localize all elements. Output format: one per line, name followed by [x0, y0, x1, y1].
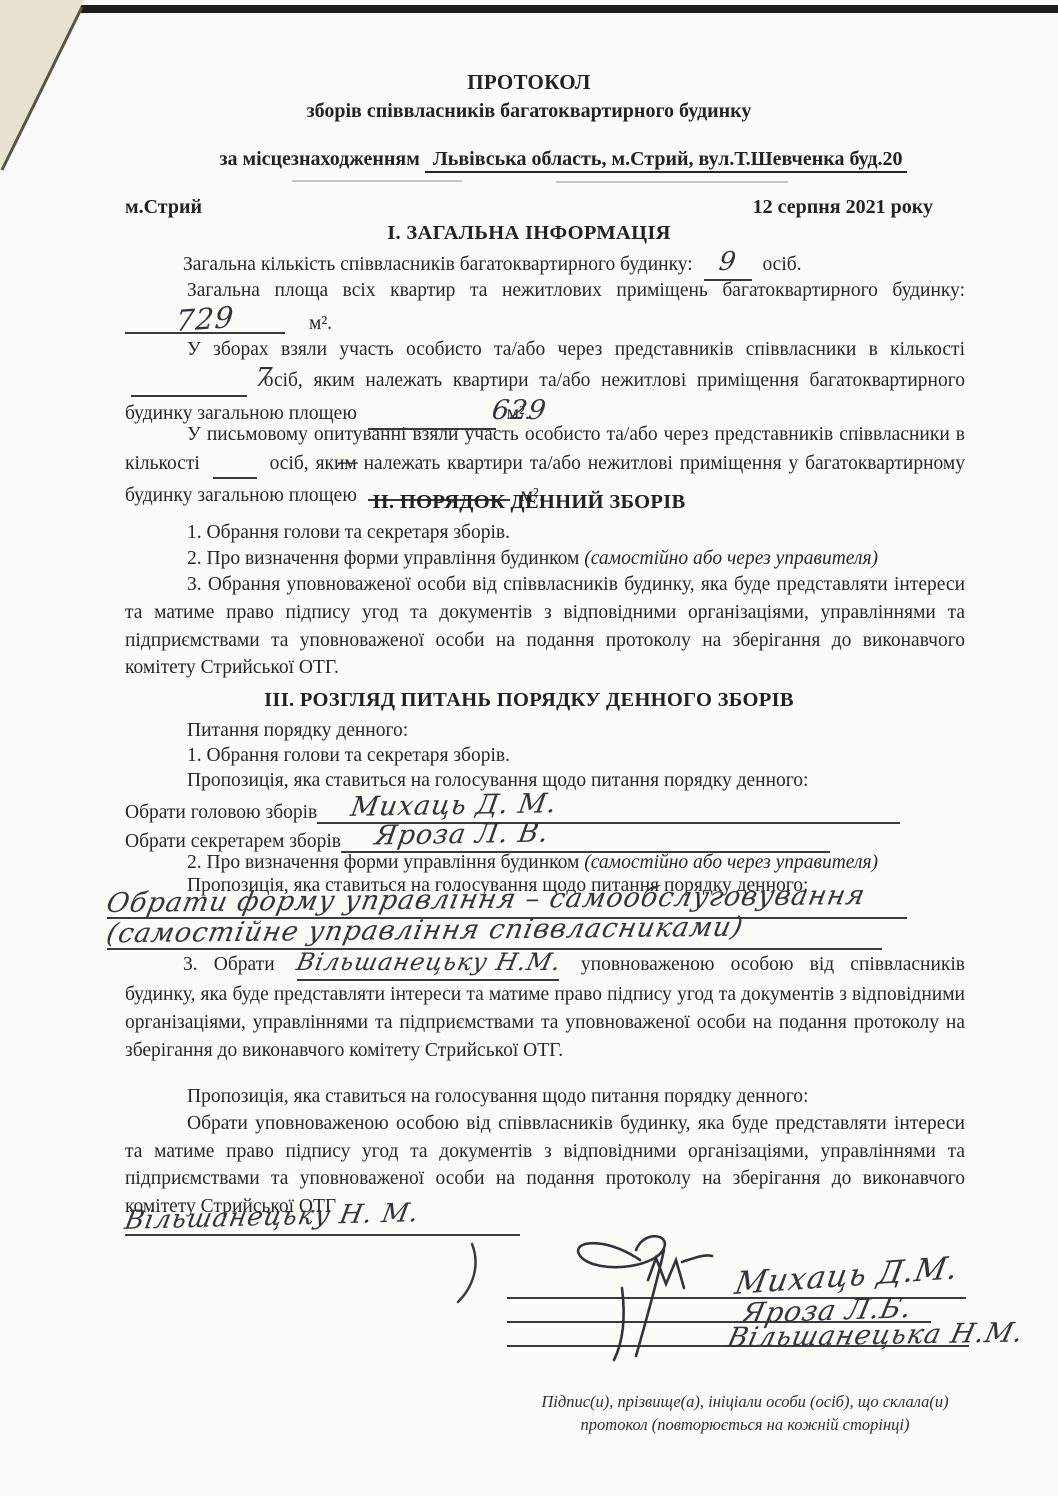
owners-count-handwritten: 9 [717, 249, 738, 277]
elect-handwritten-text: Вільшанецьку Н. М. [122, 1198, 422, 1236]
footer-note-line-1: Підпис(и), прізвище(а), ініціали особи (… [520, 1390, 970, 1413]
section3-heading: ІІІ. РОЗГЛЯД ПИТАНЬ ПОРЯДКУ ДЕННОГО ЗБОР… [0, 689, 1058, 712]
scan-stray-underline-2 [556, 181, 788, 183]
review-question-2-text: 2. Про визначення форми управління будин… [187, 852, 584, 873]
footer-note: Підпис(и), прізвище(а), ініціали особи (… [520, 1390, 970, 1436]
area-total-label-line: Загальна площа всіх квартир та нежитлови… [125, 277, 965, 305]
chairman-label: Обрати головою зборів [125, 802, 317, 824]
management-handwritten-text-2: (самостійне управління співвласниками) [104, 912, 746, 950]
location-label: за місцезнаходженням [219, 148, 419, 170]
footer-note-line-2: протокол (повторюється на кожній сторінц… [520, 1413, 970, 1436]
city-date-row: м.Стрий 12 серпня 2021 року [125, 196, 933, 219]
owners-suffix: осіб. [762, 254, 801, 275]
doc-title: ПРОТОКОЛ [0, 70, 1058, 95]
city: м.Стрий [125, 196, 202, 219]
present-count-handwritten: 7 [191, 364, 274, 392]
location-value: Львівська область, м.Стрий, вул.Т.Шевчен… [425, 148, 907, 173]
present-paragraph: У зборах взяли участь особисто та/або че… [125, 336, 965, 430]
written-count-field: — [213, 449, 257, 480]
q3-authorized-handwritten: Вільшанецьку Н.М. [294, 948, 564, 976]
area-value-field: 729 [125, 302, 285, 334]
review-question-3-paragraph: 3. Обрати Вільшанецьку Н.М. уповноважено… [125, 948, 965, 1065]
scan-corner-artifact [0, 0, 110, 190]
scan-pen-stroke [448, 1240, 498, 1310]
date: 12 серпня 2021 року [753, 196, 933, 219]
management-handwritten-text-1: Обрати форму управління – самообслуговув… [104, 880, 868, 919]
signature-name-3: Вільшанецька Н.М. [724, 1317, 1027, 1353]
secretary-handwritten: Яроза Л. В. [373, 817, 552, 851]
agenda-item-1: 1. Обрання голови та секретаря зборів. [125, 519, 965, 547]
present-count-field: 7 [131, 364, 247, 397]
agenda-item-2: 2. Про визначення форми управління будин… [125, 545, 965, 573]
owners-label: Загальна кількість співвласників багаток… [183, 254, 693, 275]
area-total-value-line: 729 м². [125, 302, 965, 336]
q3-before: 3. Обрати [183, 954, 275, 975]
location-line: за місцезнаходженням Львівська область, … [125, 148, 983, 171]
agenda-item-2-text: 2. Про визначення форми управління будин… [187, 548, 584, 569]
scan-top-edge [66, 5, 1058, 13]
review-proposal-3: Пропозиція, яка ставиться на голосування… [125, 1083, 965, 1111]
written-count-handwritten: — [273, 449, 361, 477]
secretary-field: Яроза Л. В. [341, 819, 830, 853]
section2-heading: ІІ. ПОРЯДОК ДЕННИЙ ЗБОРІВ [0, 491, 1058, 514]
doc-subtitle: зборів співвласників багатоквартирного б… [0, 100, 1058, 123]
present-before: У зборах взяли участь особисто та/або че… [187, 339, 965, 360]
agenda-item-2-italic: (самостійно або через управителя) [584, 548, 878, 569]
q3-authorized-field: Вільшанецьку Н.М. [297, 948, 559, 981]
area-suffix: м². [309, 313, 332, 334]
review-intro: Питання порядку денного: [125, 717, 965, 745]
review-question-2-italic: (самостійно або через управителя) [584, 852, 878, 873]
area-value-handwritten: 729 [175, 300, 236, 338]
management-handwritten-line-2: (самостійне управління співвласниками) [107, 915, 882, 950]
scanned-protocol-page: ПРОТОКОЛ зборів співвласників багатоквар… [0, 0, 1058, 1496]
section1-heading: І. ЗАГАЛЬНА ІНФОРМАЦІЯ [0, 222, 1058, 245]
agenda-item-3: 3. Обрання уповноваженої особи від співв… [125, 571, 965, 682]
elect-handwritten-line: Вільшанецьку Н. М. [125, 1202, 520, 1236]
review-question-1: 1. Обрання голови та секретаря зборів. [125, 742, 965, 770]
scan-stray-underline-1 [292, 180, 462, 182]
